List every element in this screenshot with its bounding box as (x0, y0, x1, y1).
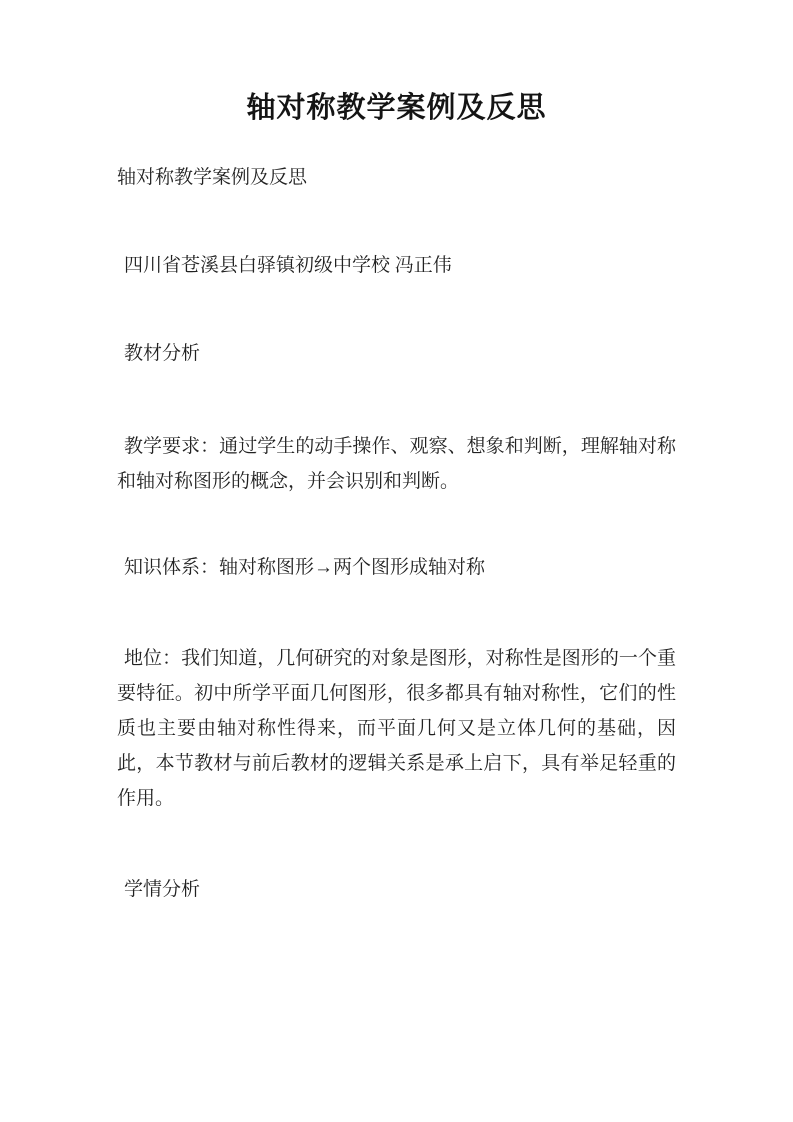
document-title: 轴对称教学案例及反思 (117, 88, 676, 128)
paragraph-knowledge-system: 知识体系：轴对称图形→两个图形成轴对称 (117, 550, 676, 585)
document-content: 轴对称教学案例及反思 轴对称教学案例及反思 四川省苍溪县白驿镇初级中学校 冯正伟… (0, 88, 793, 907)
paragraph-author-school: 四川省苍溪县白驿镇初级中学校 冯正伟 (117, 248, 676, 283)
section-heading-learner-analysis: 学情分析 (117, 872, 676, 907)
paragraph-teaching-requirements: 教学要求：通过学生的动手操作、观察、想象和判断，理解轴对称和轴对称图形的概念，并… (117, 429, 676, 499)
paragraph-position: 地位：我们知道，几何研究的对象是图形，对称性是图形的一个重要特征。初中所学平面几… (117, 641, 676, 816)
document-page: 轴对称教学案例及反思 轴对称教学案例及反思 四川省苍溪县白驿镇初级中学校 冯正伟… (0, 0, 793, 1122)
section-heading-textbook-analysis: 教材分析 (117, 336, 676, 371)
paragraph-subtitle: 轴对称教学案例及反思 (117, 160, 676, 195)
